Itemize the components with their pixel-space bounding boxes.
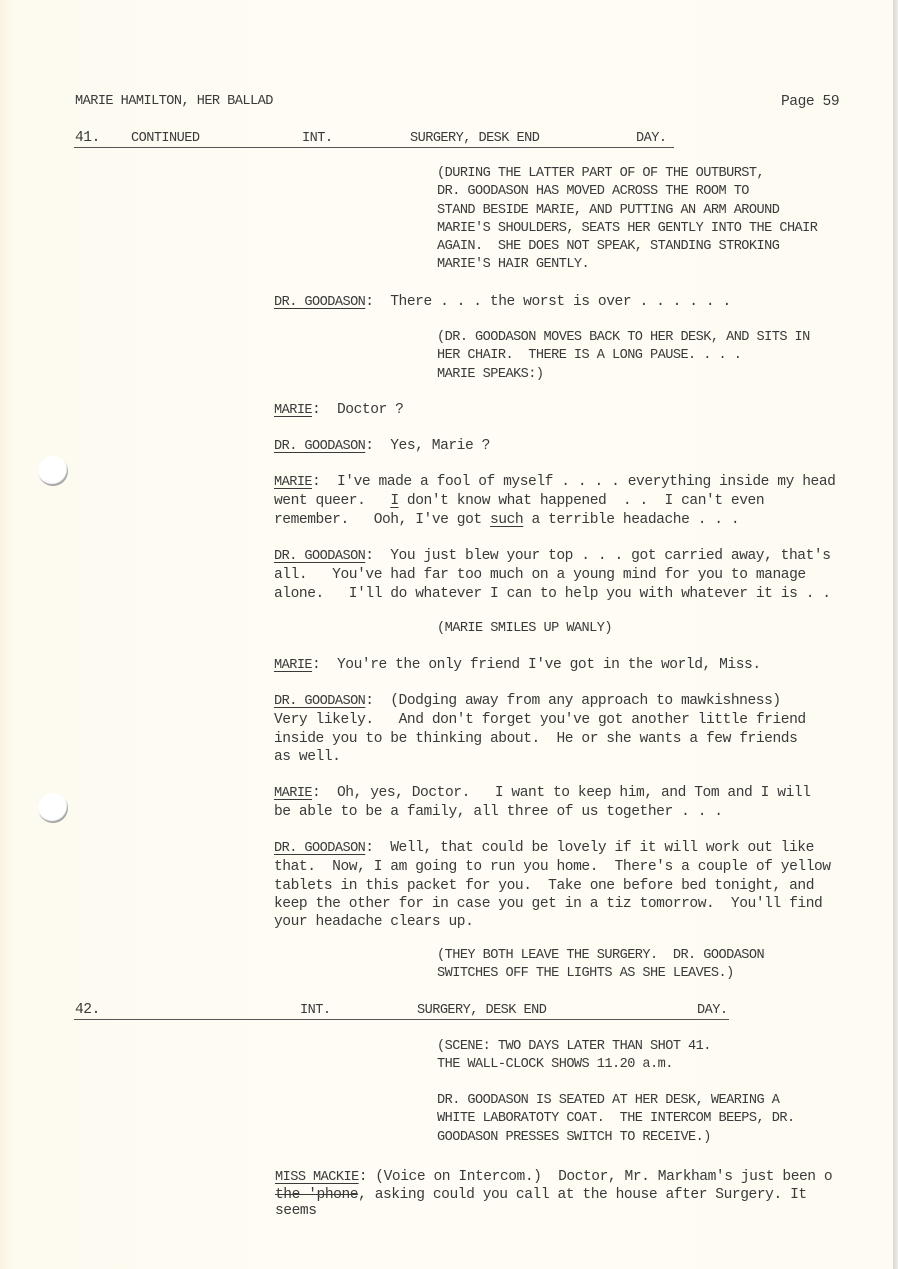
speaker-name: DR. GOODASON <box>274 295 365 310</box>
dialogue-block: DR. GOODASON: Well, that could be lovely… <box>274 839 831 931</box>
punch-hole <box>38 456 68 486</box>
stage-direction: (MARIE SMILES UP WANLY) <box>437 620 612 638</box>
speaker-name: MARIE <box>274 786 312 801</box>
scene-number: 42. <box>75 1001 100 1019</box>
scene-status: CONTINUED <box>131 130 199 148</box>
scene-location: SURGERY, DESK END <box>417 1002 546 1020</box>
stage-direction: (DURING THE LATTER PART OF OF THE OUTBUR… <box>437 165 817 275</box>
punch-hole <box>38 793 68 823</box>
speaker-name: MARIE <box>274 475 312 490</box>
scene-int-ext: INT. <box>302 130 332 148</box>
dialogue-line: DR. GOODASON: There . . . the worst is o… <box>274 293 731 312</box>
scene-time: DAY. <box>636 130 666 148</box>
scene-int-ext: INT. <box>300 1002 330 1020</box>
dialogue-line: MARIE: You're the only friend I've got i… <box>274 656 761 675</box>
speaker-name: DR. GOODASON <box>274 841 365 856</box>
scene-underline <box>74 147 674 148</box>
scene-time: DAY. <box>697 1002 727 1020</box>
script-title: MARIE HAMILTON, HER BALLAD <box>75 93 273 111</box>
stage-direction: (SCENE: TWO DAYS LATER THAN SHOT 41. THE… <box>437 1038 711 1075</box>
dialogue-block: DR. GOODASON: You just blew your top . .… <box>274 547 831 603</box>
dialogue-block: MISS MACKIE: (Voice on Intercom.) Doctor… <box>275 1168 832 1219</box>
dialogue-block: MARIE: I've made a fool of myself . . . … <box>274 473 835 529</box>
speaker-name: DR. GOODASON <box>274 549 365 564</box>
stage-direction: (DR. GOODASON MOVES BACK TO HER DESK, AN… <box>437 329 810 384</box>
dialogue-block: MARIE: Oh, yes, Doctor. I want to keep h… <box>274 784 811 822</box>
speaker-name: DR. GOODASON <box>274 439 365 454</box>
page-number: Page 59 <box>781 93 839 111</box>
scene-location: SURGERY, DESK END <box>410 130 539 148</box>
speaker-name: MARIE <box>274 658 312 673</box>
speaker-name: MARIE <box>274 403 312 418</box>
dialogue-block: DR. GOODASON: (Dodging away from any app… <box>274 692 806 766</box>
speaker-name: DR. GOODASON <box>274 694 365 709</box>
scene-underline <box>74 1019 729 1020</box>
scene-number: 41. <box>75 129 100 147</box>
stage-direction: (THEY BOTH LEAVE THE SURGERY. DR. GOODAS… <box>437 947 764 984</box>
dialogue-line: DR. GOODASON: Yes, Marie ? <box>274 437 490 456</box>
stage-direction: DR. GOODASON IS SEATED AT HER DESK, WEAR… <box>437 1092 795 1147</box>
dialogue-line: MARIE: Doctor ? <box>274 401 403 420</box>
speaker-name: MISS MACKIE <box>275 1170 359 1185</box>
paper-edge <box>893 0 898 1269</box>
